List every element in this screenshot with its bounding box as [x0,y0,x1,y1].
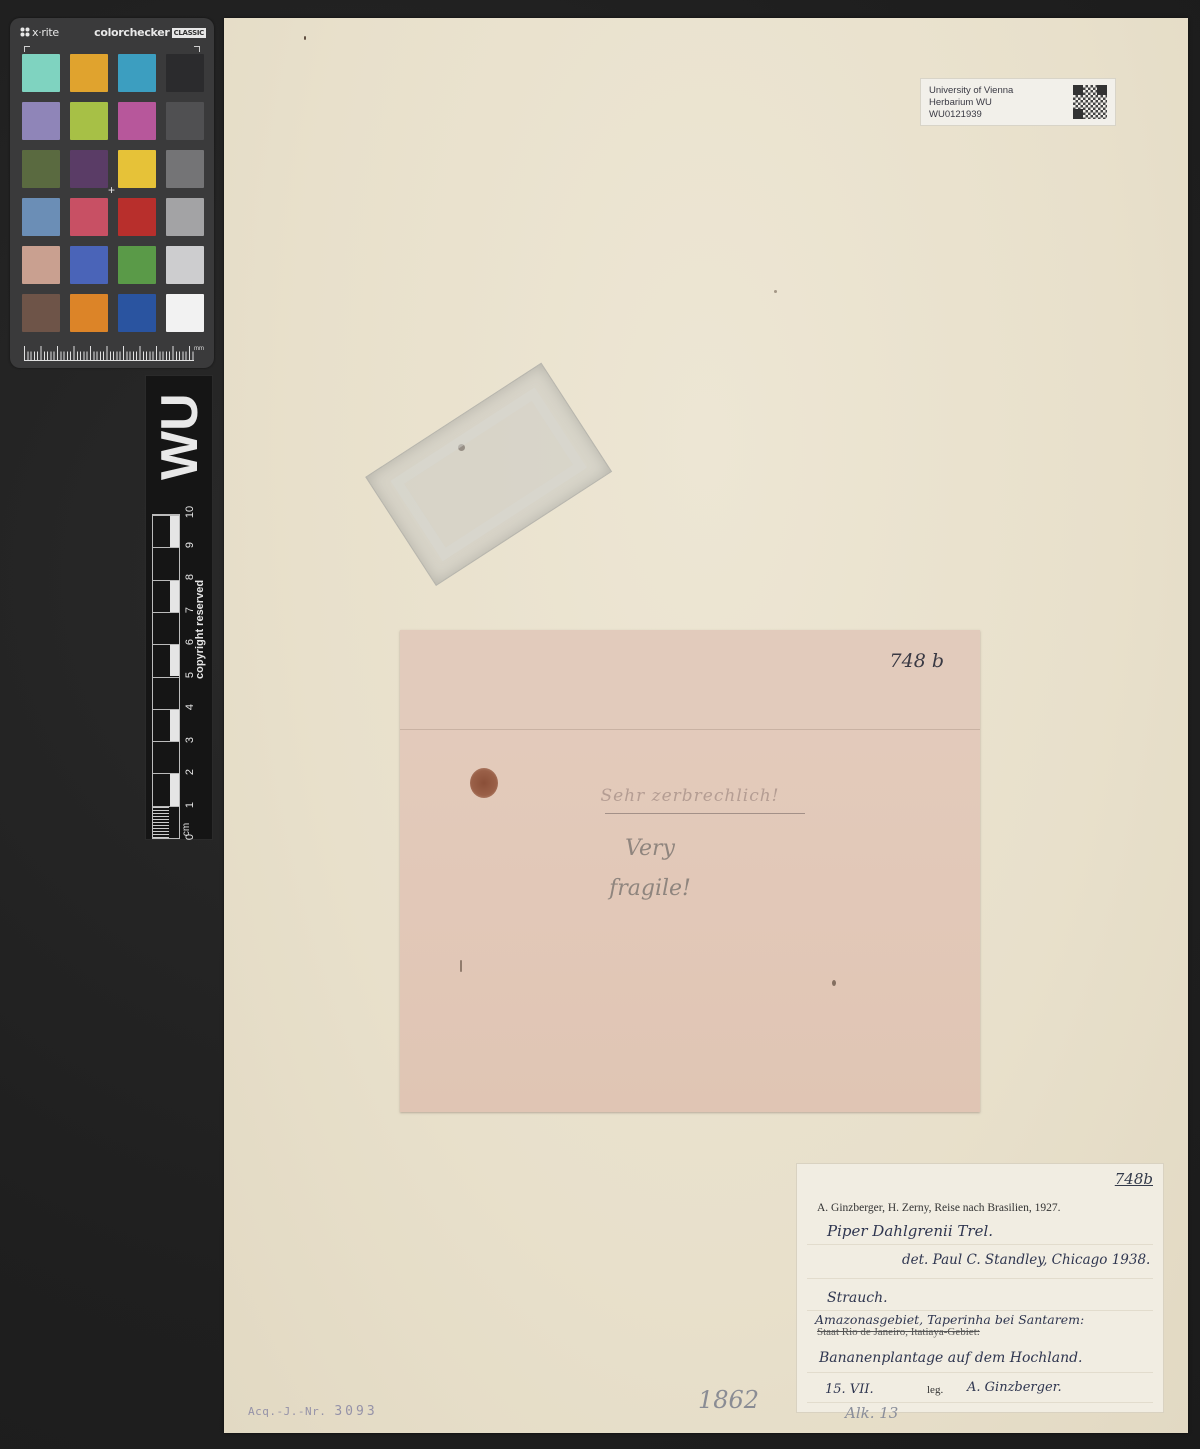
xrite-logo: x·rite [20,26,59,39]
alcohol-number: Alk. 13 [845,1404,898,1422]
herbarium-name: Herbarium WU [929,97,1013,109]
label-rule [807,1372,1153,1373]
cellophane-packet [365,363,612,586]
corner-mark [194,46,200,52]
color-patch [70,102,108,140]
scale-segment [153,773,179,805]
stain-speck [460,960,462,972]
wu-scale-bar: WU 012345678910 cm copyright reserved [145,375,213,840]
barcode-label: University of Vienna Herbarium WU WU0121… [920,78,1116,126]
corner-mark [24,46,30,52]
color-patch [22,54,60,92]
wu-logo: WU [154,382,214,492]
label-number: 748b [1115,1170,1153,1188]
scale-segment [153,677,179,709]
leg-label: leg. [927,1384,943,1396]
taxon-name: Piper Dahlgrenii Trel. [827,1222,993,1240]
color-patch [70,294,108,332]
color-patch [70,150,108,188]
scale-segment-fill [170,581,179,612]
scale-segment-fill [170,516,179,547]
color-checker-header: x·rite colorcheckerCLASSIC [10,24,214,42]
color-patch [118,102,156,140]
fragile-note-english-line1: Very [590,836,710,861]
color-patch [118,54,156,92]
catalog-number: WU0121939 [929,109,1013,121]
fragile-note-german: Sehr zerbrechlich! [560,786,820,806]
scale-segment-fill [170,645,179,676]
xrite-mark-icon [20,27,30,37]
barcode-label-text: University of Vienna Herbarium WU WU0121… [929,85,1013,121]
scale-segment [153,644,179,676]
accession-label: Acq.-J.-Nr. [248,1405,326,1418]
color-patch [70,198,108,236]
qr-code-icon [1073,85,1107,119]
crosshair-icon: + [108,184,115,196]
accession-number: 3093 [334,1404,377,1419]
note-underline [605,813,805,814]
scale-segment [153,547,179,579]
locality: Amazonasgebiet, Taperinha bei Santarem: [815,1312,1084,1327]
scale-segment [153,580,179,612]
label-rule [807,1244,1153,1245]
determiner: det. Paul C. Standley, Chicago 1938. [902,1252,1150,1268]
copyright-notice: copyright reserved [194,514,206,744]
color-patch [70,246,108,284]
scale-tick-label: 1 [184,797,196,813]
color-patch [166,246,204,284]
scale-segment-fill [170,548,179,579]
color-patch [118,246,156,284]
cm-scale-track [152,514,180,839]
color-patch [22,102,60,140]
herbarium-sheet: University of Vienna Herbarium WU WU0121… [224,18,1188,1433]
scale-segment [153,612,179,644]
label-rule [807,1310,1153,1311]
accession-stamp: Acq.-J.-Nr.3093 [248,1404,378,1419]
stain-speck [304,36,306,40]
color-patch [118,150,156,188]
color-patch [166,150,204,188]
scale-unit: cm [181,823,192,836]
scale-segment [153,515,179,547]
collector-name: A. Ginzberger. [967,1380,1062,1395]
label-rule [807,1402,1153,1403]
color-patch [70,54,108,92]
collection-date: 15. VII. [825,1382,874,1397]
color-patch [166,294,204,332]
edition-badge: CLASSIC [172,28,206,38]
scale-segment-fill [170,710,179,741]
product-name: colorcheckerCLASSIC [94,26,206,39]
color-patch [118,294,156,332]
scale-segment [153,741,179,773]
determination-label: 748b A. Ginzberger, H. Zerny, Reise nach… [796,1163,1164,1413]
color-patch [22,246,60,284]
color-checker-card: x·rite colorcheckerCLASSIC + mm [10,18,214,368]
scale-segment-fill [170,678,179,709]
expedition-header: A. Ginzberger, H. Zerny, Reise nach Bras… [817,1202,1061,1214]
color-patch [166,102,204,140]
color-patch [118,198,156,236]
mm-ruler-base [24,360,194,361]
scale-segment-fill [170,807,179,838]
scale-segment-fill [170,774,179,805]
institution-name: University of Vienna [929,85,1013,97]
stain-speck [832,980,836,986]
scale-segment [153,806,179,838]
fragile-note-english-line2: fragile! [580,876,720,901]
scale-segment-fill [170,613,179,644]
habit: Strauch. [827,1290,888,1306]
color-patch [166,54,204,92]
scale-segment-fill [170,742,179,773]
label-rule [807,1278,1153,1279]
brand-text: x·rite [32,26,59,39]
specimen-envelope: 748 b Sehr zerbrechlich! Very fragile! [400,630,980,1112]
envelope-number: 748 b [890,650,944,672]
scale-segment [153,709,179,741]
color-patch [22,150,60,188]
color-patch [22,198,60,236]
product-text: colorchecker [94,26,169,39]
mm-ruler-major [24,346,194,360]
struck-locality: Staat Rio de Janeiro, Itatiaya-Gebiet: [817,1326,980,1338]
pencil-number: 1862 [698,1386,759,1414]
color-patch [166,198,204,236]
habitat: Bananenplantage auf dem Hochland. [819,1350,1083,1366]
scale-tick-label: 2 [184,764,196,780]
color-patch [22,294,60,332]
envelope-flap: 748 b [400,630,980,730]
stain-speck [774,290,777,293]
envelope-stain [470,768,498,798]
ruler-unit: mm [194,346,204,352]
